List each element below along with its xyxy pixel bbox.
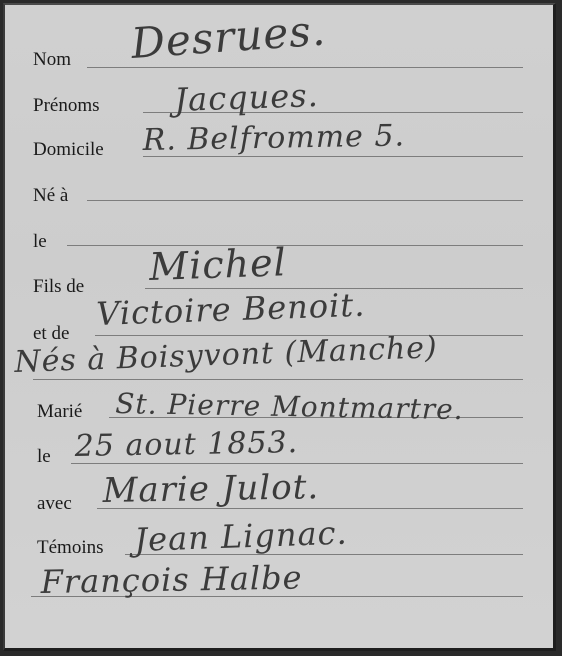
label-ne-a: Né à [33, 185, 68, 207]
label-le-mariage: le [37, 446, 51, 468]
label-marie: Marié [37, 401, 82, 423]
value-origine: Nés à Boisyvont (Manche) [14, 330, 439, 380]
rule-le-naissance [67, 245, 523, 246]
value-marie: St. Pierre Montmartre. [115, 387, 464, 426]
civil-record-card: Nom Desrues. Prénoms Jacques. Domicile R… [3, 3, 556, 651]
label-le-naissance: le [33, 231, 47, 253]
value-prenoms: Jacques. [174, 76, 320, 119]
label-avec: avec [37, 493, 72, 515]
value-le-mariage: 25 aout 1853. [74, 425, 298, 464]
label-prenoms: Prénoms [33, 95, 100, 117]
rule-ne-a [87, 200, 523, 201]
value-avec: Marie Julot. [102, 467, 319, 511]
label-domicile: Domicile [33, 139, 104, 161]
rule-nom [87, 67, 523, 68]
value-et-de: Victoire Benoit. [96, 286, 366, 333]
value-nom: Desrues. [130, 6, 328, 68]
label-fils-de: Fils de [33, 276, 84, 298]
value-temoin2: François Halbe [40, 558, 302, 601]
value-temoins: Jean Lignac. [134, 514, 349, 559]
label-temoins: Témoins [37, 537, 104, 559]
value-fils-de: Michel [148, 240, 287, 289]
rule-origine [33, 379, 523, 380]
value-domicile: R. Belfromme 5. [142, 118, 405, 158]
rule-le-mariage [71, 463, 523, 464]
label-et-de: et de [33, 323, 69, 345]
label-nom: Nom [33, 49, 71, 71]
